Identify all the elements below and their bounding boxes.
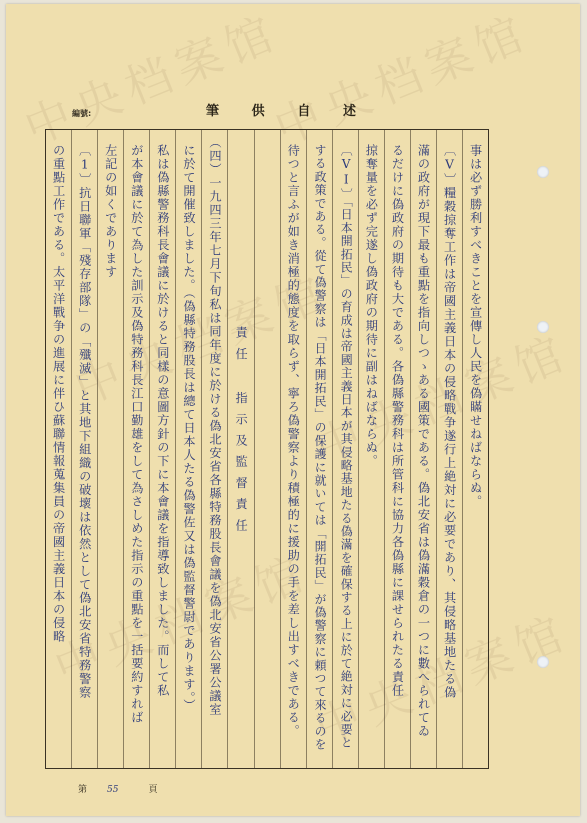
column-text: 左記の如くであります [105, 144, 117, 279]
column-text: に於て開催致しました。（偽縣特務股長は總て日本人たる偽警佐又は偽監督警尉でありま… [183, 144, 195, 712]
column-text: 滿の政府が現下最も重點を指向しつゝある國策である。偽北安省は偽滿穀倉の一つに數へ… [417, 144, 429, 738]
manuscript-column: 〔VI〕「日本開拓民」の育成は帝國主義日本が其侵略基地たる偽滿を確保する上に於て… [332, 130, 358, 768]
column-text: 〔V〕糧穀掠奪工作は帝國主義日本の侵略戰争遂行上絶対に必要であり、其侵略基地たる… [443, 144, 455, 699]
column-text: （四）一九四三年七月下旬私は同年度に於ける偽北安省各縣特務股長會議を偽北安省公署… [209, 136, 221, 717]
punch-hole [537, 321, 549, 333]
manuscript-column: に於て開催致しました。（偽縣特務股長は總て日本人たる偽警佐又は偽監督警尉でありま… [175, 130, 201, 768]
column-text: 責任 指示及監督責任 [235, 326, 247, 540]
form-title: 筆 供 自 述 [206, 100, 356, 119]
column-text: の重點工作である。太平洋戰争の進展に伴ひ蘇聯情報蒐集員の帝國主義日本の侵略 [52, 144, 64, 644]
manuscript-column: の重點工作である。太平洋戰争の進展に伴ひ蘇聯情報蒐集員の帝國主義日本の侵略 [46, 130, 71, 768]
column-text: 私は偽縣警務科長會議に於けると同樣の意圖方針の下に本會議を指導致しました。而して… [157, 144, 169, 698]
manuscript-column: （四）一九四三年七月下旬私は同年度に於ける偽北安省各縣特務股長會議を偽北安省公署… [201, 130, 227, 768]
form-title-char: 自 [297, 100, 310, 119]
manuscript-column: する政策である。從て偽警察は「日本開拓民」の保護に就いては「開拓民」が偽警察に頼… [306, 130, 332, 768]
column-text: 掠奪量を必ず完遂し偽政府の期待に副はねばならぬ。 [365, 144, 377, 468]
form-title-char: 筆 [206, 100, 219, 119]
manuscript-column: 〔1〕抗日聯軍「殘存部隊」の「殲滅」と其地下組織の破壞は依然として偽北安省特務警… [71, 130, 97, 768]
page-footer: 第55頁 [78, 782, 157, 795]
manuscript-column: るだけに偽政府の期待も大である。各偽縣警務科は所管科に協力各偽縣に課せられたる責… [384, 130, 410, 768]
manuscript-column: 事は必ず勝利すべきことを宣傳し人民を偽瞞せねばならぬ。 [462, 130, 488, 768]
column-text: 〔VI〕「日本開拓民」の育成は帝國主義日本が其侵略基地たる偽滿を確保する上に於て… [339, 144, 351, 749]
punch-hole [537, 166, 549, 178]
page-prefix: 第 [78, 785, 87, 795]
document-page: 中央档案馆 中央档案馆 中央档案馆 中央档案馆 中央档案馆 中央档案馆 編號: … [6, 4, 580, 816]
manuscript-column: 滿の政府が現下最も重點を指向しつゝある國策である。偽北安省は偽滿穀倉の一つに數へ… [410, 130, 436, 768]
form-title-char: 述 [343, 100, 356, 119]
form-title-char: 供 [252, 100, 265, 119]
manuscript-column [254, 130, 280, 768]
column-text: 事は必ず勝利すべきことを宣傳し人民を偽瞞せねばならぬ。 [469, 144, 481, 509]
punch-hole [537, 656, 549, 668]
manuscript-column: 掠奪量を必ず完遂し偽政府の期待に副はねばならぬ。 [358, 130, 384, 768]
manuscript-grid: の重點工作である。太平洋戰争の進展に伴ひ蘇聯情報蒐集員の帝國主義日本の侵略〔1〕… [45, 129, 489, 769]
page-number: 55 [107, 785, 118, 795]
column-text: が本會議に於て為した訓示及偽特務科長江口勤雄をして為さしめた指示の重點を一括要約… [131, 144, 143, 725]
column-text: 待つと言ふが如き消極的態度を取らず、寧ろ偽警察より積極的に援助の手を差し出すべき… [287, 144, 299, 738]
manuscript-column: が本會議に於て為した訓示及偽特務科長江口勤雄をして為さしめた指示の重點を一括要約… [123, 130, 149, 768]
manuscript-column: 待つと言ふが如き消極的態度を取らず、寧ろ偽警察より積極的に援助の手を差し出すべき… [280, 130, 306, 768]
column-text: 〔1〕抗日聯軍「殘存部隊」の「殲滅」と其地下組織の破壞は依然として偽北安省特務警… [78, 144, 90, 699]
manuscript-column: 左記の如くであります [97, 130, 123, 768]
column-text: する政策である。從て偽警察は「日本開拓民」の保護に就いては「開拓民」が偽警察に頼… [313, 144, 325, 751]
manuscript-column: 責任 指示及監督責任 [227, 130, 253, 768]
column-text: るだけに偽政府の期待も大である。各偽縣警務科は所管科に協力各偽縣に課せられたる責… [391, 144, 403, 698]
form-number-label: 編號: [72, 108, 91, 119]
manuscript-column: 〔V〕糧穀掠奪工作は帝國主義日本の侵略戰争遂行上絶対に必要であり、其侵略基地たる… [436, 130, 462, 768]
manuscript-column: 私は偽縣警務科長會議に於けると同樣の意圖方針の下に本會議を指導致しました。而して… [149, 130, 175, 768]
page-suffix: 頁 [148, 785, 157, 795]
